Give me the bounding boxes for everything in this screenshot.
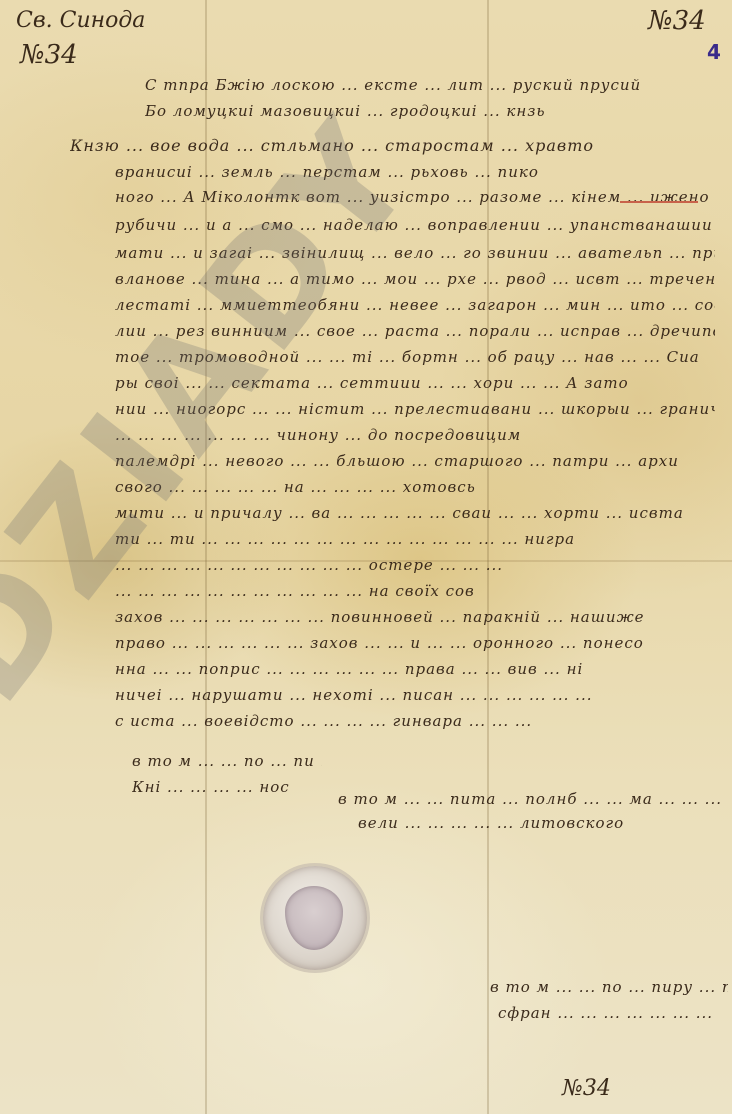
manuscript-page: Св. Синода №34 №34 4 С тпра Бжію лоскою … <box>0 0 732 1114</box>
blue-pencil-mark: 4 <box>707 40 721 64</box>
archive-label: Св. Синода <box>16 8 145 33</box>
body-line: С тпра Бжію лоскою ... ексте ... лит ...… <box>145 76 705 94</box>
body-line: нна ... ... поприс ... ... ... ... ... .… <box>115 660 715 678</box>
body-line: ничеі ... нарушати ... нехоті ... писан … <box>115 686 715 704</box>
signature-1-line-2: Кні ... ... ... ... нос <box>132 778 322 796</box>
red-underline-mark <box>620 201 698 203</box>
archive-number-top-left: №34 <box>20 40 78 70</box>
body-line: захов ... ... ... ... ... ... ... повинн… <box>115 608 715 626</box>
archive-number-bottom: №34 <box>562 1076 611 1101</box>
seal-emblem <box>285 886 343 950</box>
archive-number-top-right: №34 <box>648 6 706 36</box>
wax-seal <box>263 866 367 970</box>
body-line: с иста ... воевідсто ... ... ... ... гин… <box>115 712 715 730</box>
signature-3-line-1: в то м ... ... по ... пиру ... пиро <box>490 978 728 996</box>
body-line: Бо ломуцкиі мазовицкиі ... гродоцкиі ...… <box>145 102 705 120</box>
signature-3-line-2: сфран ... ... ... ... ... ... ... <box>498 1004 728 1022</box>
body-line: ... ... ... ... ... ... ... ... ... ... … <box>115 582 715 600</box>
signature-2-line-1: в то м ... ... пита ... полнб ... ... ма… <box>338 790 720 808</box>
body-line: право ... ... ... ... ... ... захов ... … <box>115 634 715 652</box>
signature-2-line-2: вели ... ... ... ... ... литовского <box>358 814 718 832</box>
body-line: ... ... ... ... ... ... ... ... ... ... … <box>115 556 715 574</box>
body-line: ти ... ти ... ... ... ... ... ... ... ..… <box>115 530 715 548</box>
signature-1-line-1: в то м ... ... по ... пи ... ру <box>132 752 322 770</box>
